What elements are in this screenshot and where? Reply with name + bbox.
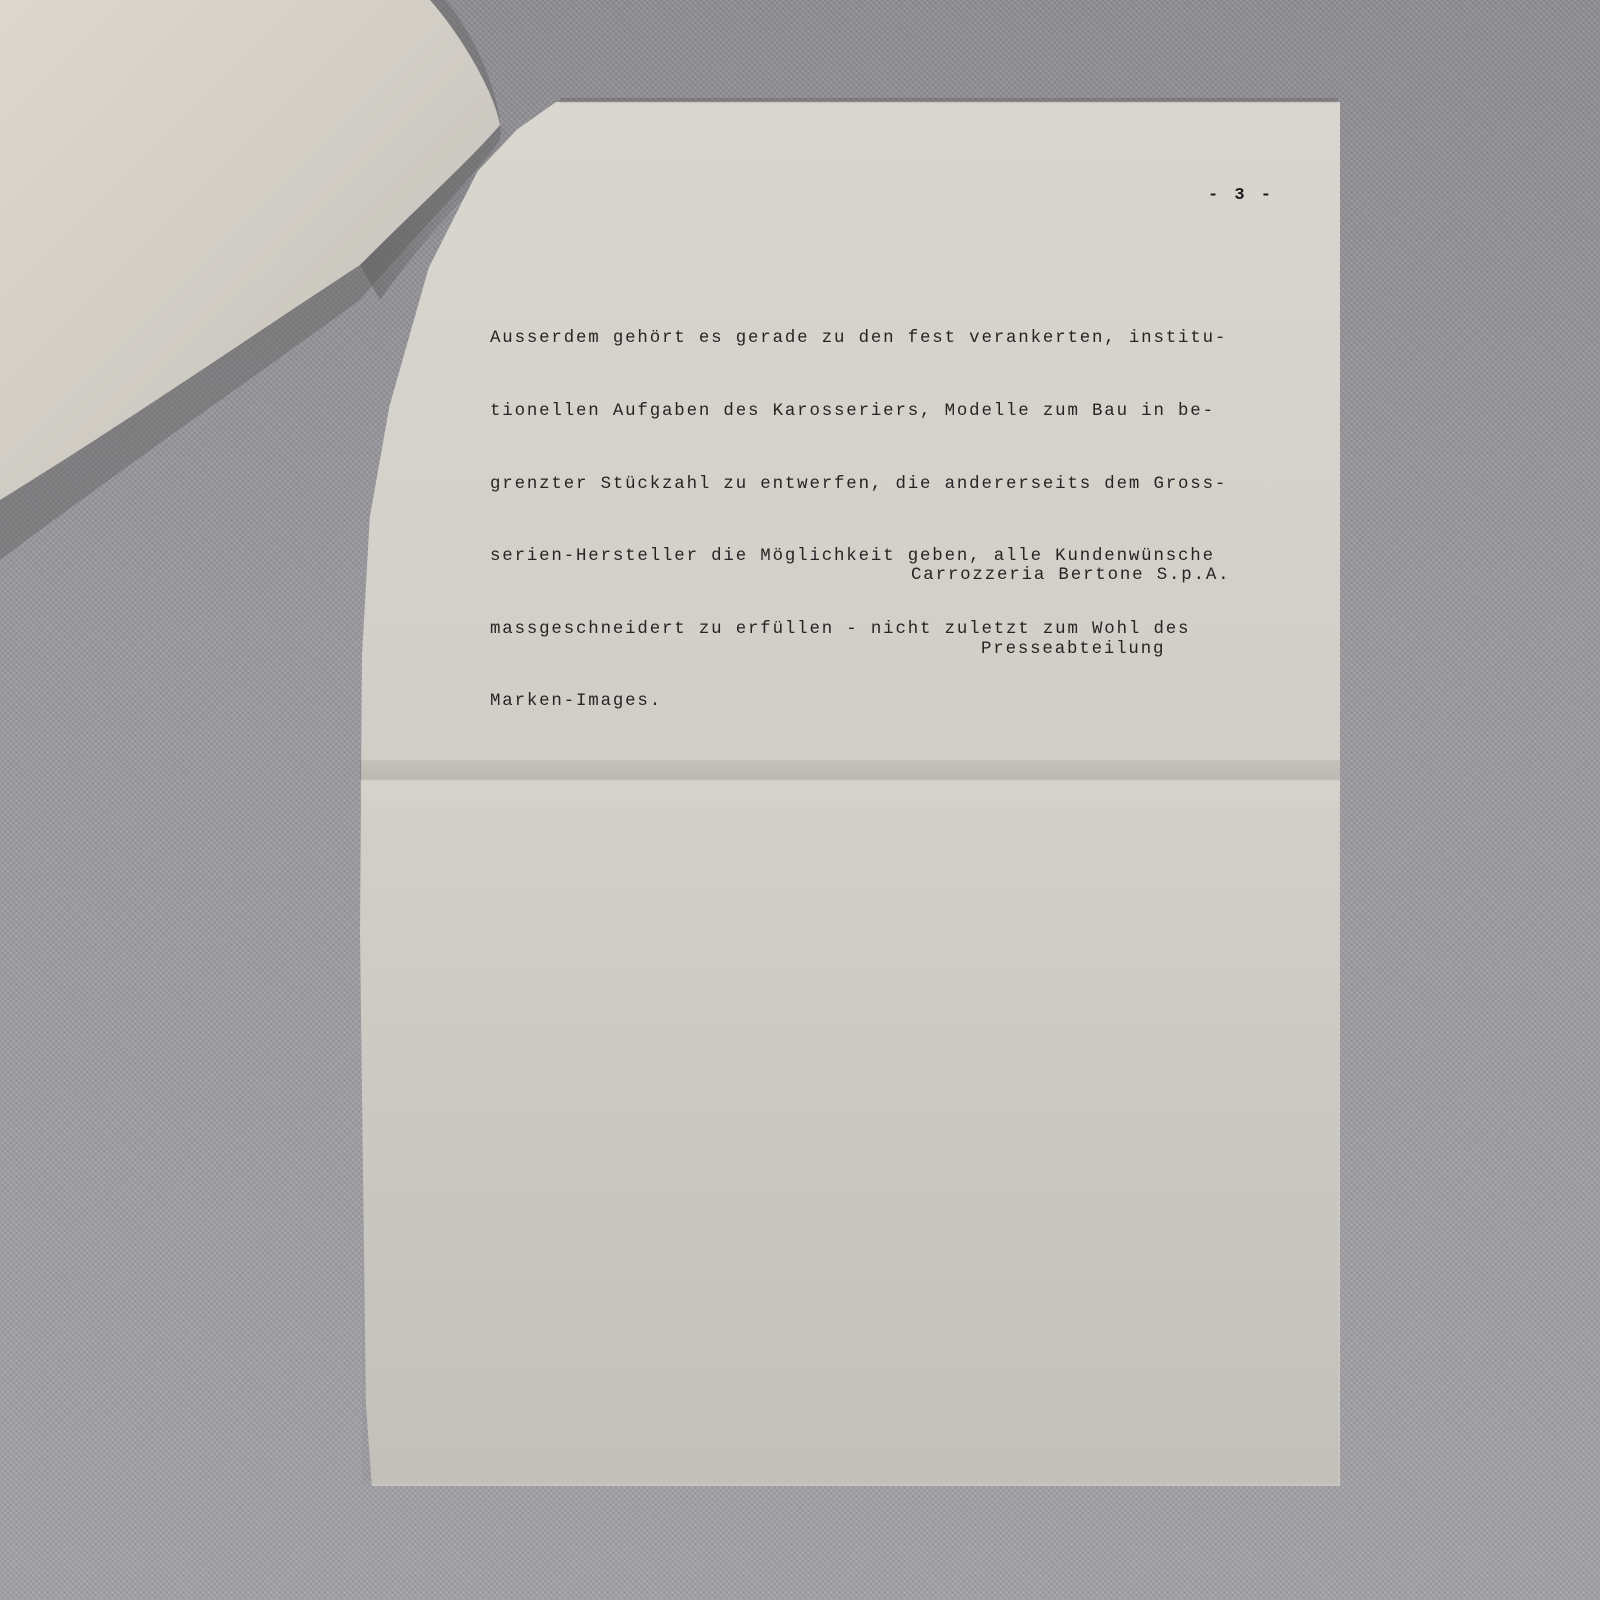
sheet-lower-half — [362, 790, 1338, 1484]
sheet-fold-line — [360, 760, 1340, 800]
page-number: - 3 - — [1208, 186, 1274, 205]
sheet-top-edge — [560, 98, 1338, 104]
signature-company: Carrozzeria Bertone S.p.A. — [911, 564, 1230, 589]
signature-department: Presseabteilung — [911, 638, 1230, 663]
body-line: grenzter Stückzahl zu entwerfen, die and… — [490, 473, 1227, 497]
body-line: Marken-Images. — [490, 690, 1227, 714]
body-line: tionellen Aufgaben des Karosseriers, Mod… — [490, 400, 1227, 424]
signature-block: Carrozzeria Bertone S.p.A. Presseabteilu… — [911, 515, 1230, 687]
body-line: Ausserdem gehört es gerade zu den fest v… — [490, 327, 1227, 351]
